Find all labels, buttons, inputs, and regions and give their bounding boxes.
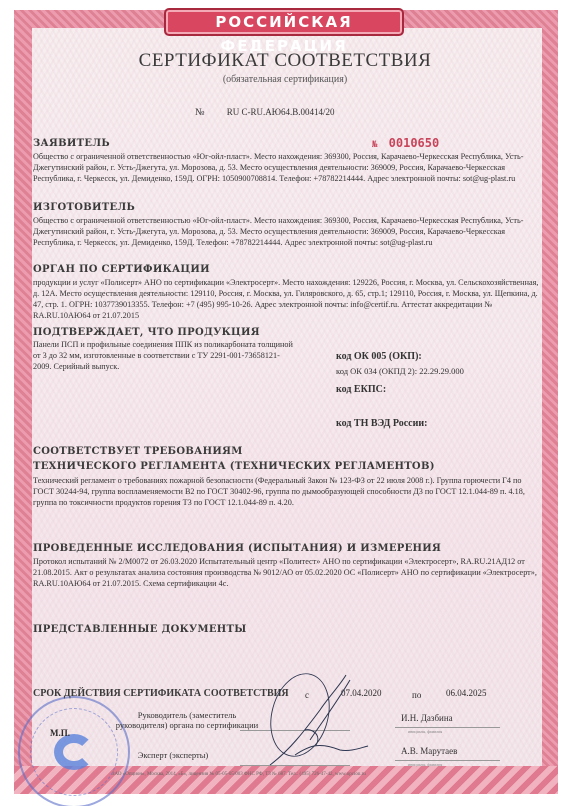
certificate-number: № RU C-RU.АЮ64.В.00414/20	[195, 107, 335, 118]
expert-name: А.В. Марутаев	[401, 746, 457, 756]
code-ekps: код ЕКПС:	[336, 384, 386, 395]
blank-serial-number: № 0010650	[372, 136, 439, 150]
number-value: RU C-RU.АЮ64.В.00414/20	[227, 107, 335, 117]
certification-body-text: продукции и услуг «Полисерт» АНО по серт…	[33, 277, 541, 321]
certificate-subtitle: (обязательная сертификация)	[0, 74, 570, 85]
serial-label: №	[372, 140, 377, 150]
product-text: Панели ПСП и профильные соединения ППК и…	[33, 339, 298, 372]
valid-to-date: 06.04.2025	[446, 688, 487, 698]
number-label: №	[195, 107, 205, 118]
handwritten-signature	[250, 670, 380, 780]
tests-heading: ПРОВЕДЕННЫЕ ИССЛЕДОВАНИЯ (ИСПЫТАНИЯ) И И…	[33, 543, 441, 554]
manufacturer-heading: ИЗГОТОВИТЕЛЬ	[33, 202, 135, 213]
head-name-line	[395, 727, 500, 728]
expert-name-line	[395, 760, 500, 761]
tests-text: Протокол испытаний № 2/М0072 от 26.03.20…	[33, 556, 541, 589]
certification-body-heading: ОРГАН ПО СЕРТИФИКАЦИИ	[33, 264, 210, 275]
valid-to-label: по	[412, 690, 421, 700]
code-tnved: код ТН ВЭД России:	[336, 418, 427, 429]
certificate-title: СЕРТИФИКАТ СООТВЕТСТВИЯ	[0, 50, 570, 72]
code-okp: код ОК 005 (ОКП):	[336, 351, 422, 362]
requirements-text: Технический регламент о требованиях пожа…	[33, 475, 541, 508]
applicant-text: Общество с ограниченной ответственностью…	[33, 151, 541, 184]
head-name-caption: инициалы, фамилия	[408, 729, 442, 734]
code-okpd2: код ОК 034 (ОКПД 2): 22.29.29.000	[336, 366, 464, 376]
head-signatory-name: И.Н. Дазбина	[401, 713, 453, 723]
serial-value: 0010650	[389, 136, 440, 150]
head-signatory-label: Руководитель (заместитель руководителя) …	[112, 710, 262, 730]
seal-place-label: М.П.	[50, 728, 70, 738]
manufacturer-text: Общество с ограниченной ответственностью…	[33, 215, 541, 248]
requirements-heading-2: ТЕХНИЧЕСКОГО РЕГЛАМЕНТА (ТЕХНИЧЕСКИХ РЕГ…	[33, 461, 435, 472]
printer-info: ЗАО «Опцион», Москва, 2014, «Б», лицензи…	[112, 772, 366, 777]
country-banner: РОССИЙСКАЯ ФЕДЕРАЦИЯ	[164, 8, 404, 36]
documents-heading: ПРЕДСТАВЛЕННЫЕ ДОКУМЕНТЫ	[33, 624, 247, 635]
requirements-heading-1: СООТВЕТСТВУЕТ ТРЕБОВАНИЯМ	[33, 446, 243, 457]
expert-label: Эксперт (эксперты)	[128, 750, 218, 760]
seal-logo-icon	[54, 734, 94, 770]
product-heading: ПОДТВЕРЖДАЕТ, ЧТО ПРОДУКЦИЯ	[33, 327, 260, 338]
expert-name-caption: инициалы, фамилия	[408, 762, 442, 767]
applicant-heading: ЗАЯВИТЕЛЬ	[33, 138, 110, 149]
